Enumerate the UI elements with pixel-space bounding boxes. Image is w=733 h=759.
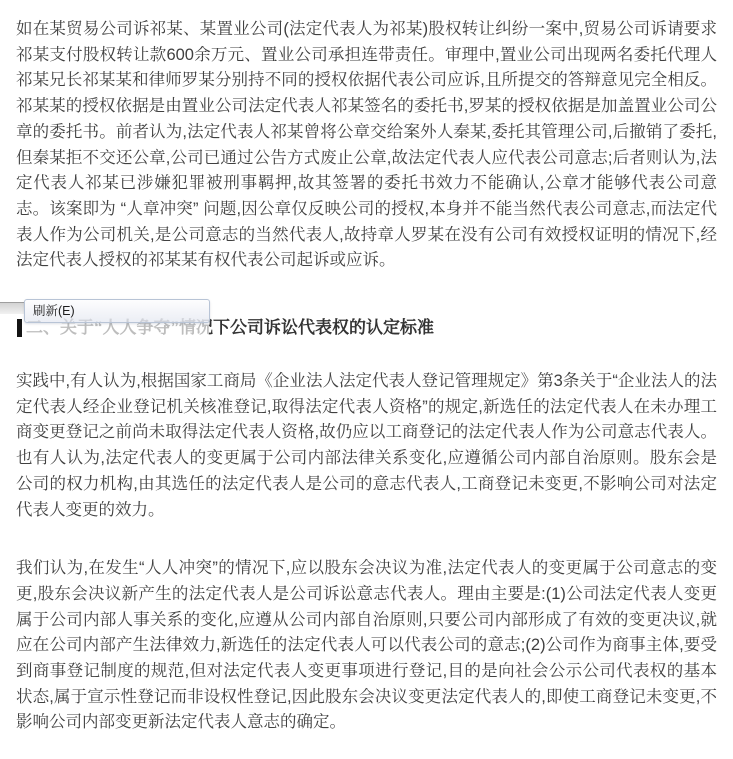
context-menu-item-refresh[interactable]: 刷新(E) [24, 299, 210, 323]
case-example-paragraph: 如在某贸易公司诉祁某、某置业公司(法定代表人为祁某)股权转让纠纷一案中,贸易公司… [16, 17, 717, 274]
article-page: 如在某贸易公司诉祁某、某置业公司(法定代表人为祁某)股权转让纠纷一案中,贸易公司… [0, 0, 733, 759]
our-view-paragraph: 我们认为,在发生“人人冲突”的情况下,应以股东会决议为准,法定代表人的变更属于公… [16, 556, 717, 736]
tooltip-fade-overlay [25, 323, 209, 341]
heading-marker-bar [17, 319, 22, 337]
context-menu-edge-remnant [0, 302, 24, 314]
practice-opinions-paragraph: 实践中,有人认为,根据国家工商局《企业法人法定代表人登记管理规定》第3条关于“企… [16, 369, 717, 523]
refresh-menu-label: 刷新(E) [33, 305, 75, 318]
